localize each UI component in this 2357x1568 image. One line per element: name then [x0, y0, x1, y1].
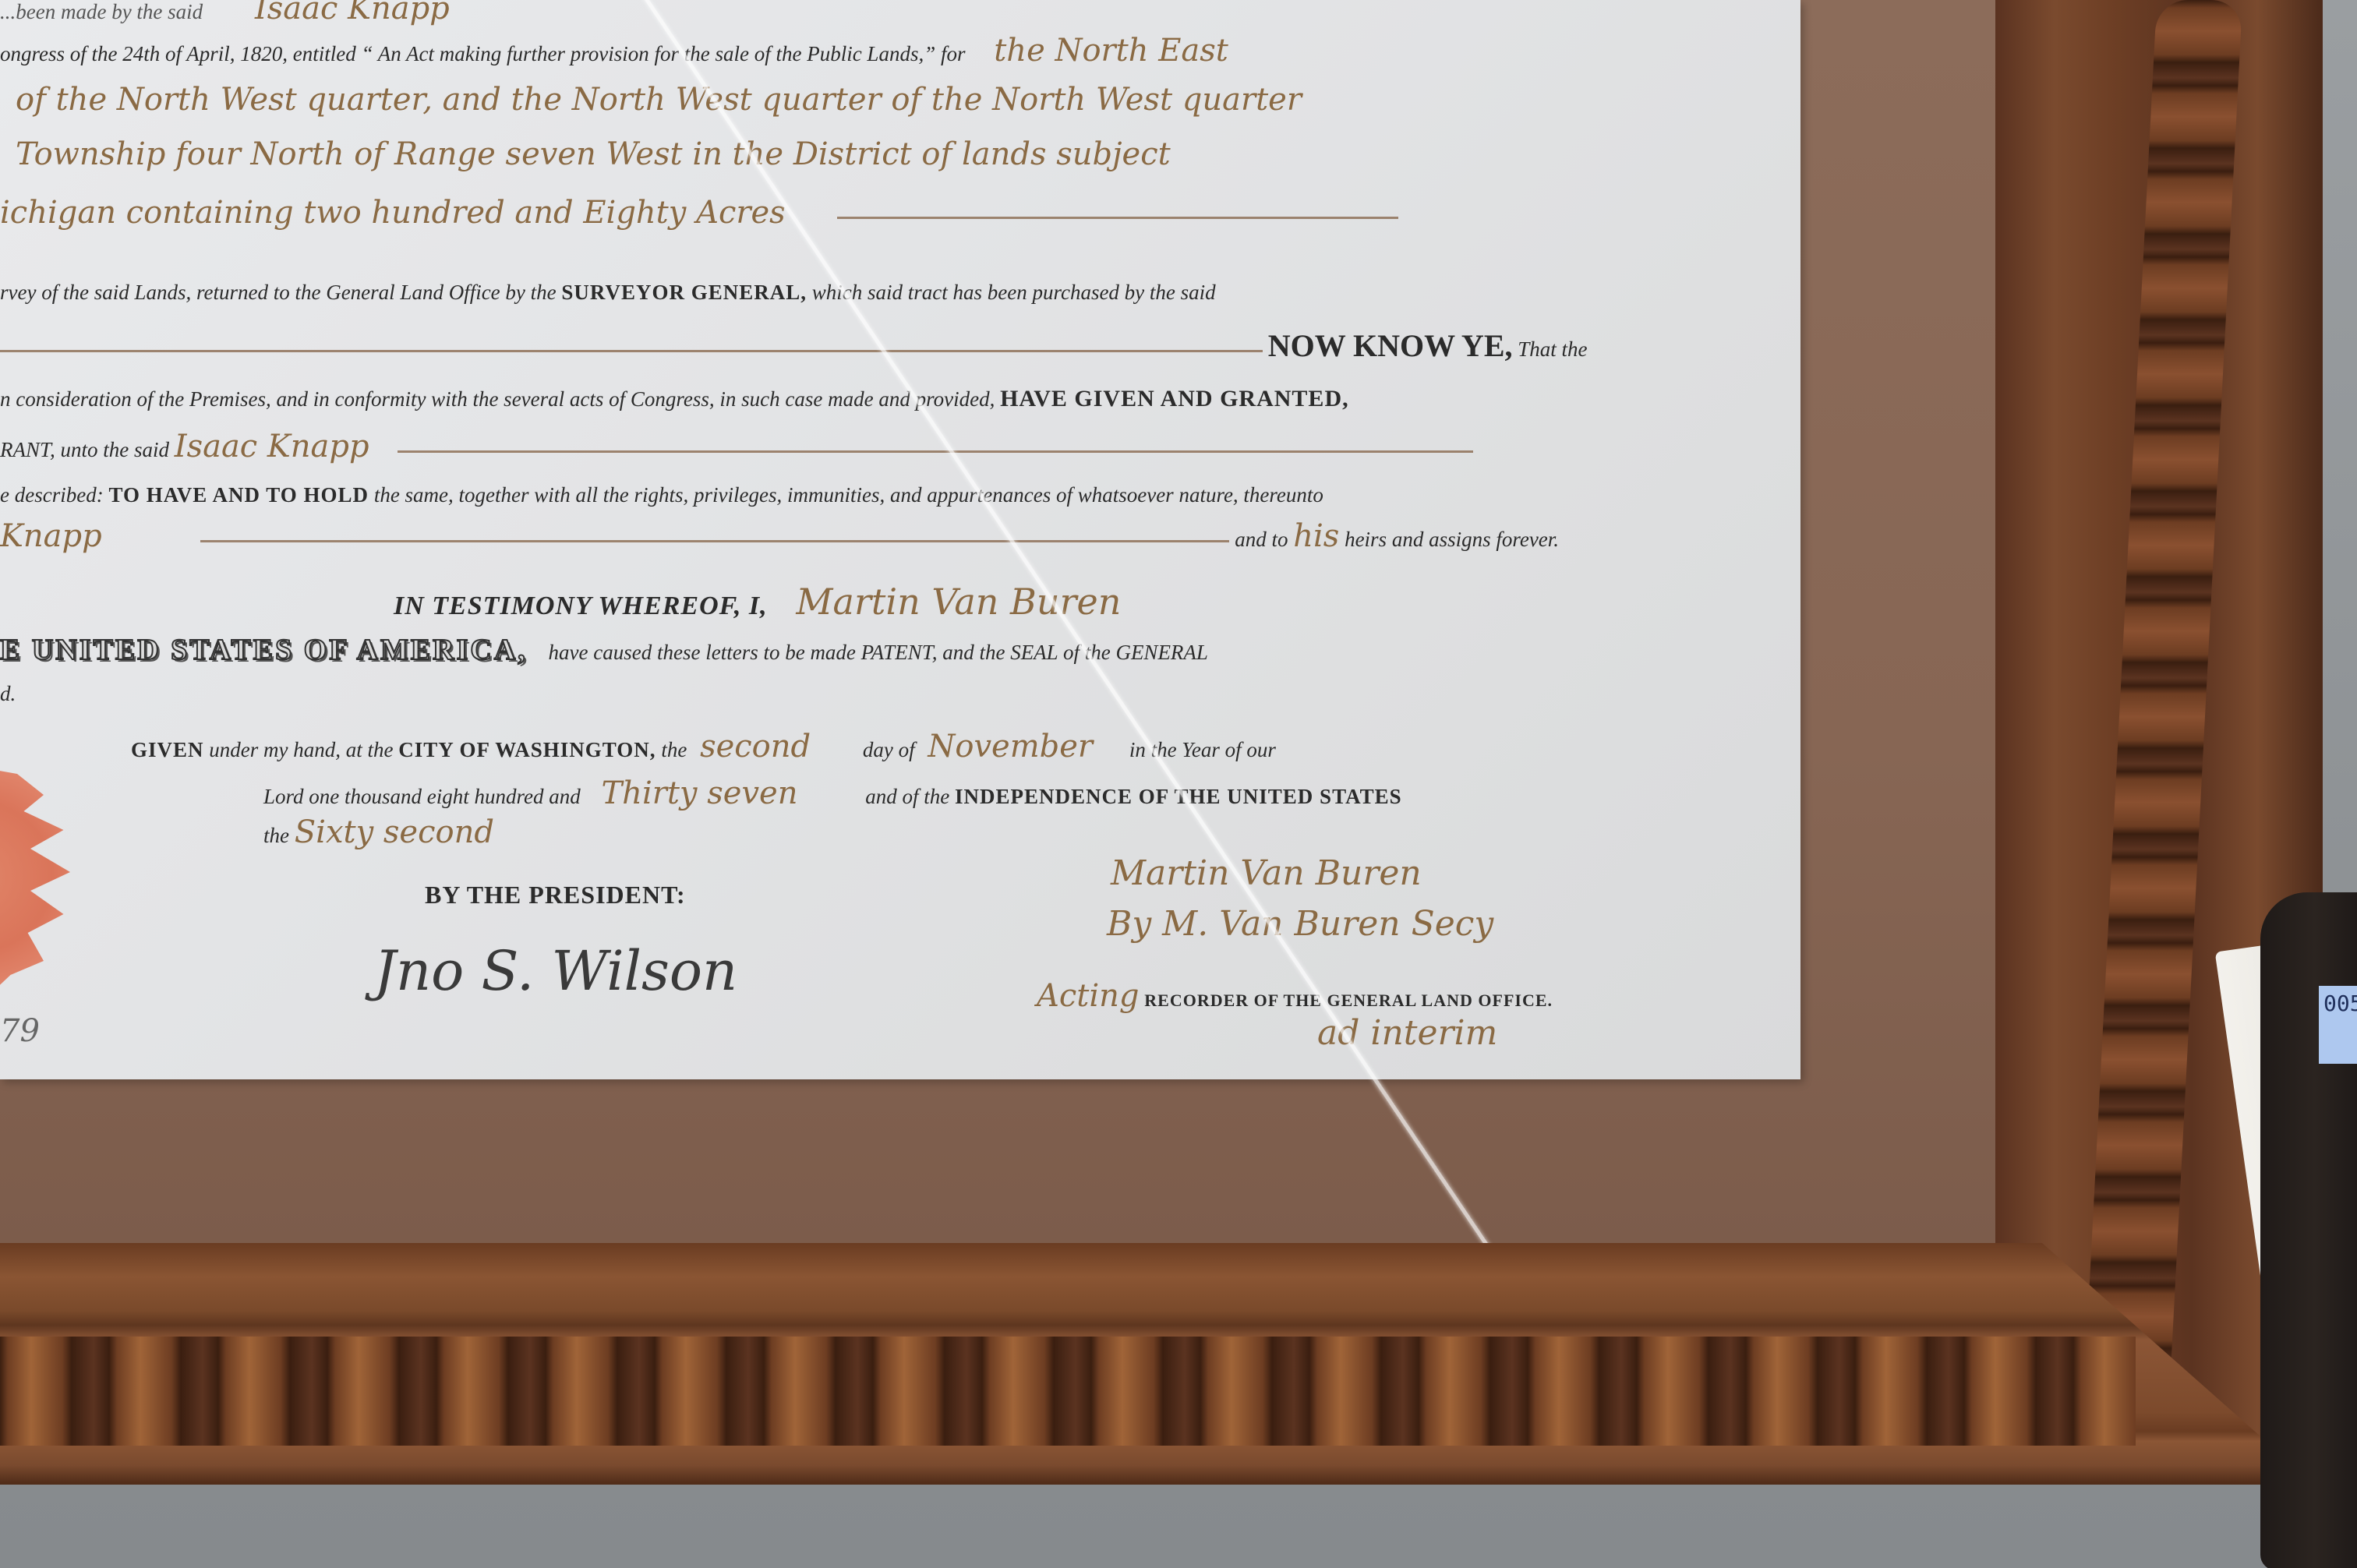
- testimony-line: IN TESTIMONY WHEREOF, I, Martin Van Bure…: [394, 581, 1121, 623]
- secretary-signature: Jno S. Wilson: [374, 939, 737, 1003]
- recorder-line: Acting RECORDER OF THE GENERAL LAND OFFI…: [1037, 978, 1553, 1014]
- land-patent-document: ...been made by the said Isaac Knapp ong…: [0, 0, 1800, 1079]
- egg-and-dart-carving: [2083, 0, 2242, 1403]
- text-line-0: ...been made by the said Isaac Knapp: [0, 0, 450, 26]
- text-line-10: Knapp and to his heirs and assigns forev…: [0, 518, 1559, 554]
- the-line: the Sixty second: [263, 814, 494, 850]
- handwritten-line-3: Township four North of Range seven West …: [16, 136, 1171, 172]
- usa-line: E UNITED STATES OF AMERICA, have caused …: [0, 633, 1208, 667]
- given-line: GIVEN under my hand, at the CITY OF WASH…: [131, 729, 1276, 765]
- text-line-1: ongress of the 24th of April, 1820, enti…: [0, 33, 1228, 69]
- margin-number: 79: [0, 1013, 40, 1049]
- egg-and-dart-carving: [0, 1337, 2136, 1446]
- lot-label: 005: [2319, 986, 2357, 1064]
- text-line-8: RANT, unto the said Isaac Knapp: [0, 429, 1473, 464]
- text-line-9: e described: TO HAVE AND TO HOLD the sam…: [0, 483, 1323, 507]
- by-secretary-signature: By M. Van Buren Secy: [1107, 904, 1493, 944]
- text-line-5: rvey of the said Lands, returned to the …: [0, 281, 1216, 305]
- handwritten-line-2: of the North West quarter, and the North…: [16, 82, 1302, 118]
- red-seal-icon: [0, 760, 70, 994]
- president-signature: Martin Van Buren: [1111, 853, 1422, 893]
- lord-line: Lord one thousand eight hundred and Thir…: [263, 775, 1402, 811]
- text-line-6: NOW KNOW YE, That the: [0, 327, 1588, 364]
- handwritten-line-4: ichigan containing two hundred and Eight…: [0, 195, 1398, 231]
- text-line-7: n consideration of the Premises, and in …: [0, 386, 1349, 412]
- by-the-president: BY THE PRESIDENT:: [425, 881, 686, 909]
- text-line-13: d.: [0, 682, 16, 706]
- frame-bottom-side: [0, 1243, 2315, 1485]
